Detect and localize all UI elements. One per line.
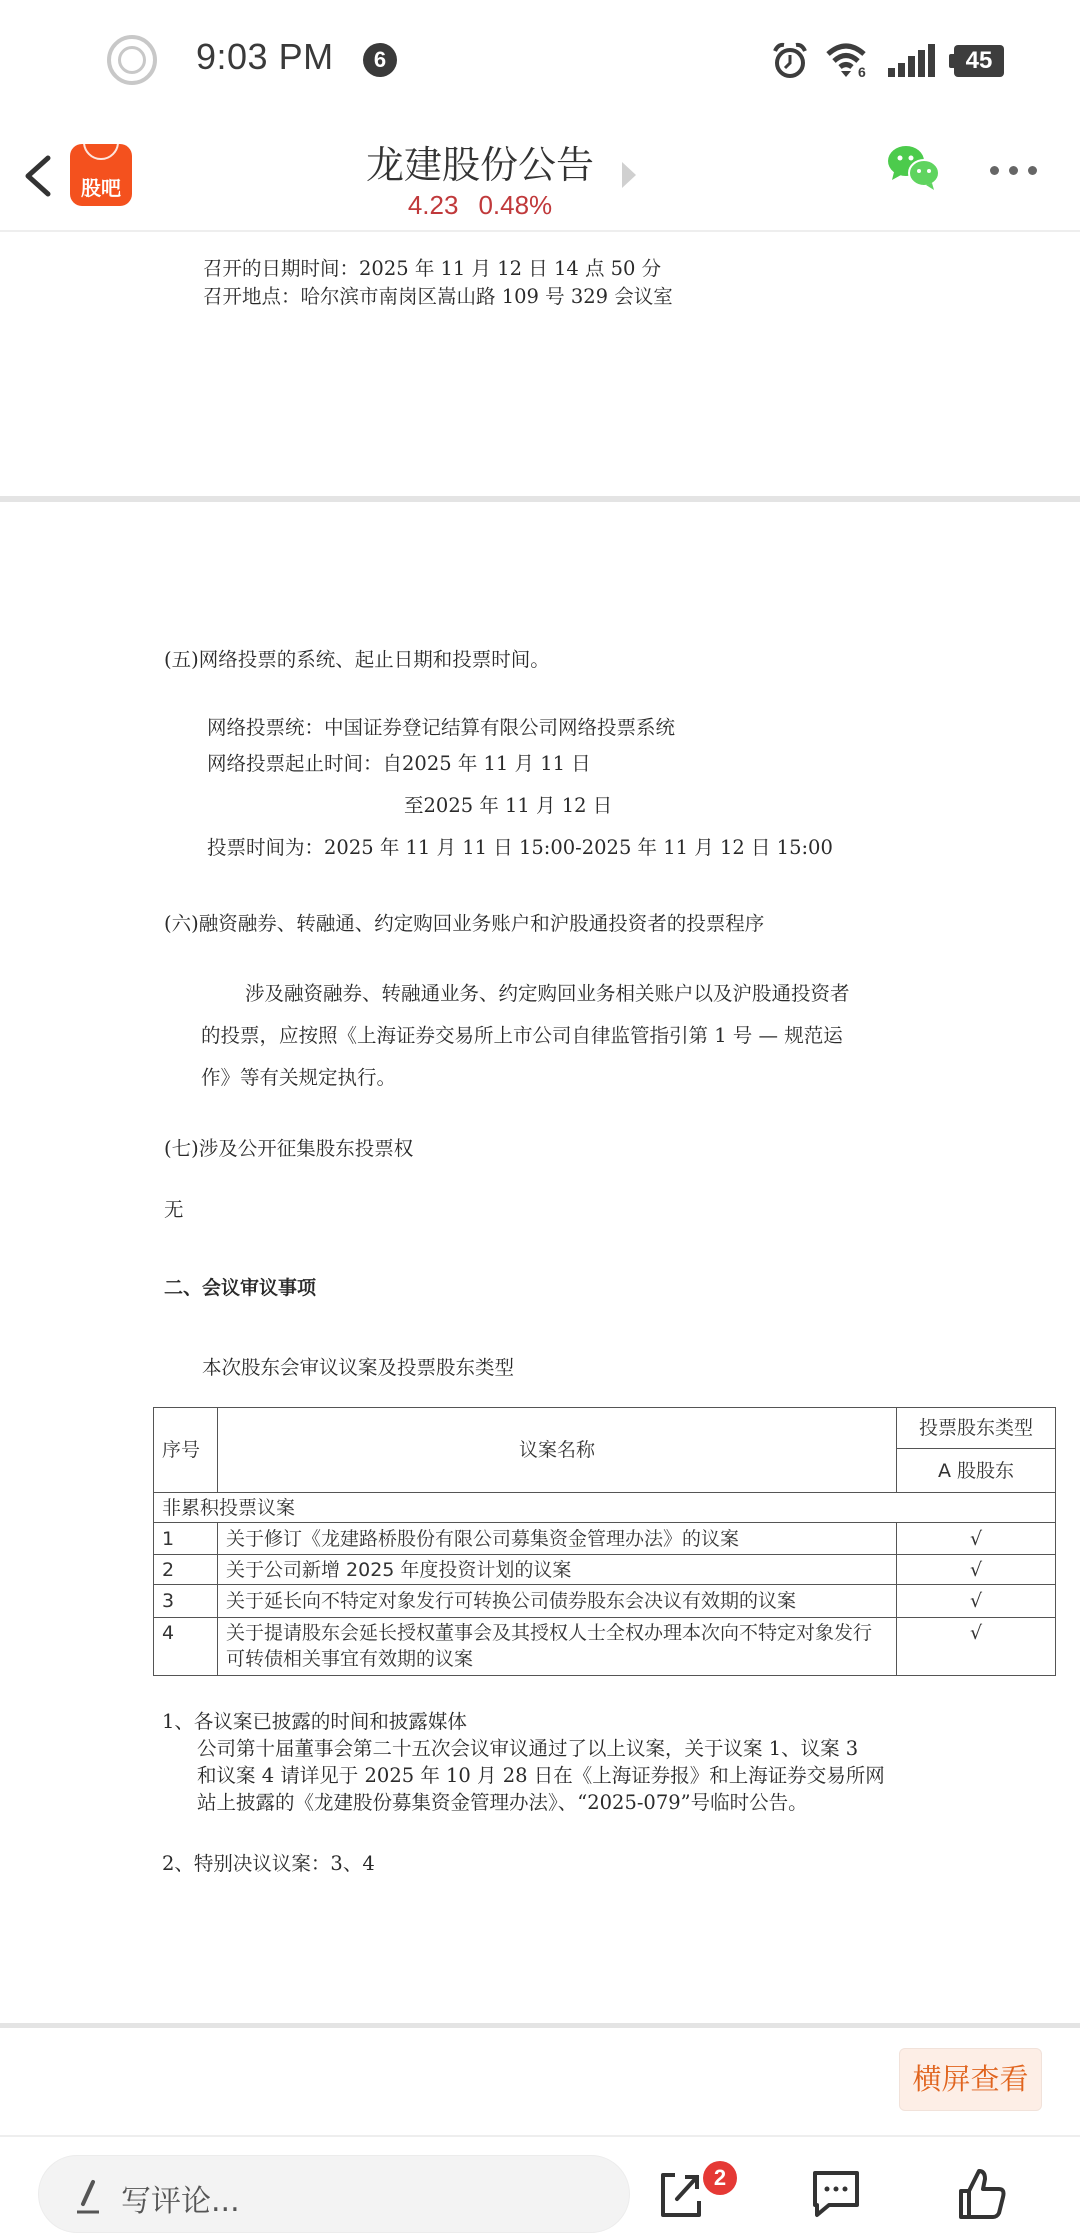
wifi-icon: 6 (826, 42, 870, 80)
section5-heading: (五)网络投票的系统、起止日期和投票时间。 (164, 644, 550, 672)
row-name: 关于公司新增 2025 年度投资计划的议案 (218, 1555, 897, 1585)
comment-input[interactable]: 写评论... (38, 2155, 630, 2233)
section6-body-line: 涉及融资融券、转融通业务、约定购回业务相关账户以及沪股通投资者 (245, 978, 850, 1006)
voting-system: 网络投票统：中国证券登记结算有限公司网络投票系统 (207, 712, 675, 740)
table-row: 1 关于修订《龙建路桥股份有限公司募集资金管理办法》的议案 √ (154, 1523, 1056, 1555)
more-dot (990, 166, 999, 175)
meeting-time: 召开的日期时间：2025 年 11 月 12 日 14 点 50 分 (203, 253, 661, 281)
part2-heading: 二、会议审议事项 (164, 1273, 316, 1300)
row-name: 关于修订《龙建路桥股份有限公司募集资金管理办法》的议案 (218, 1523, 897, 1555)
stock-change: 0.48% (478, 190, 552, 220)
more-dot (1028, 166, 1037, 175)
status-icons: 6 45 (772, 38, 1004, 84)
table-group-row: 非累积投票议案 (154, 1493, 1056, 1523)
section6-body-line: 的投票，应按照《上海证券交易所上市公司自律监管指引第 1 号 — 规范运 (201, 1020, 843, 1048)
motion-table: 序号 议案名称 投票股东类型 A 股股东 非累积投票议案 1 关于修订《龙建路桥… (153, 1407, 1056, 1676)
section6-body-line: 作》等有关规定执行。 (201, 1062, 396, 1090)
meeting-place: 召开地点：哈尔滨市南岗区嵩山路 109 号 329 会议室 (203, 281, 673, 309)
page-separator (0, 496, 1080, 502)
note1-line: 站上披露的《龙建股份募集资金管理办法》、“2025-079”号临时公告。 (197, 1787, 808, 1815)
status-time: 9:03 PM (196, 36, 334, 78)
app-header: 股吧 龙建股份公告 4.230.48% (0, 120, 1080, 232)
row-no: 4 (154, 1618, 218, 1676)
status-bar: 9:03 PM 6 6 45 (0, 0, 1080, 120)
row-name: 关于延长向不特定对象发行可转换公司债券股东会决议有效期的议案 (218, 1585, 897, 1618)
table-header-row: 序号 议案名称 投票股东类型 (154, 1408, 1056, 1449)
more-button[interactable] (990, 166, 1037, 175)
bottom-action-bar: 写评论... 2 (0, 2135, 1080, 2240)
bottom-separator (0, 2023, 1080, 2028)
row-check: √ (897, 1618, 1056, 1676)
voting-period-from: 网络投票起止时间：自2025 年 11 月 11 日 (207, 748, 591, 776)
stock-price: 4.23 (408, 190, 459, 220)
alarm-icon (772, 42, 808, 80)
row-no: 2 (154, 1555, 218, 1585)
comment-icon[interactable] (809, 2167, 863, 2221)
header-subtype: A 股股东 (897, 1449, 1056, 1493)
row-no: 3 (154, 1585, 218, 1618)
signal-icon (888, 44, 936, 78)
row-name: 关于提请股东会延长授权董事会及其授权人士全权办理本次向不特定对象发行可转债相关事… (218, 1618, 897, 1676)
share-count-badge: 2 (703, 2161, 737, 2195)
table-row: 4 关于提请股东会延长授权董事会及其授权人士全权办理本次向不特定对象发行可转债相… (154, 1618, 1056, 1676)
more-dot (1009, 166, 1018, 175)
row-check: √ (897, 1555, 1056, 1585)
notification-count-badge: 6 (363, 43, 397, 77)
section7-heading: (七)涉及公开征集股东投票权 (164, 1133, 413, 1161)
part2-intro: 本次股东会审议议案及投票股东类型 (202, 1352, 514, 1380)
header-type: 投票股东类型 (897, 1408, 1056, 1449)
row-check: √ (897, 1523, 1056, 1555)
note1-title: 1、各议案已披露的时间和披露媒体 (162, 1706, 467, 1734)
note1-line: 和议案 4 请详见于 2025 年 10 月 28 日在《上海证券报》和上海证券… (197, 1760, 885, 1788)
ring-status-icon (107, 35, 157, 85)
group-label: 非累积投票议案 (154, 1493, 1056, 1523)
wechat-share-icon[interactable] (886, 144, 942, 190)
header-no: 序号 (154, 1408, 218, 1493)
table-row: 3 关于延长向不特定对象发行可转换公司债券股东会决议有效期的议案 √ (154, 1585, 1056, 1618)
section6-heading: (六)融资融券、转融通、约定购回业务账户和沪股通投资者的投票程序 (164, 908, 764, 936)
share-icon[interactable] (655, 2167, 709, 2221)
battery-icon: 45 (954, 45, 1004, 77)
like-icon[interactable] (955, 2167, 1009, 2221)
landscape-view-button[interactable]: 横屏查看 (899, 2048, 1042, 2111)
wifi-label: 6 (858, 64, 866, 80)
row-check: √ (897, 1585, 1056, 1618)
voting-time: 投票时间为：2025 年 11 月 11 日 15:00-2025 年 11 月… (207, 832, 833, 860)
page-title[interactable]: 龙建股份公告 (0, 134, 960, 189)
comment-placeholder: 写评论... (121, 2176, 240, 2220)
voting-period-to: 至2025 年 11 月 12 日 (404, 790, 612, 818)
note2: 2、特别决议议案：3、4 (162, 1848, 375, 1876)
note1-line: 公司第十届董事会第二十五次会议审议通过了以上议案，关于议案 1、议案 3 (197, 1733, 858, 1761)
pen-icon (73, 2176, 103, 2216)
stock-quote: 4.230.48% (0, 190, 960, 221)
title-arrow-icon[interactable] (622, 162, 636, 188)
section7-body: 无 (164, 1194, 184, 1222)
table-row: 2 关于公司新增 2025 年度投资计划的议案 √ (154, 1555, 1056, 1585)
row-no: 1 (154, 1523, 218, 1555)
header-name: 议案名称 (218, 1408, 897, 1493)
